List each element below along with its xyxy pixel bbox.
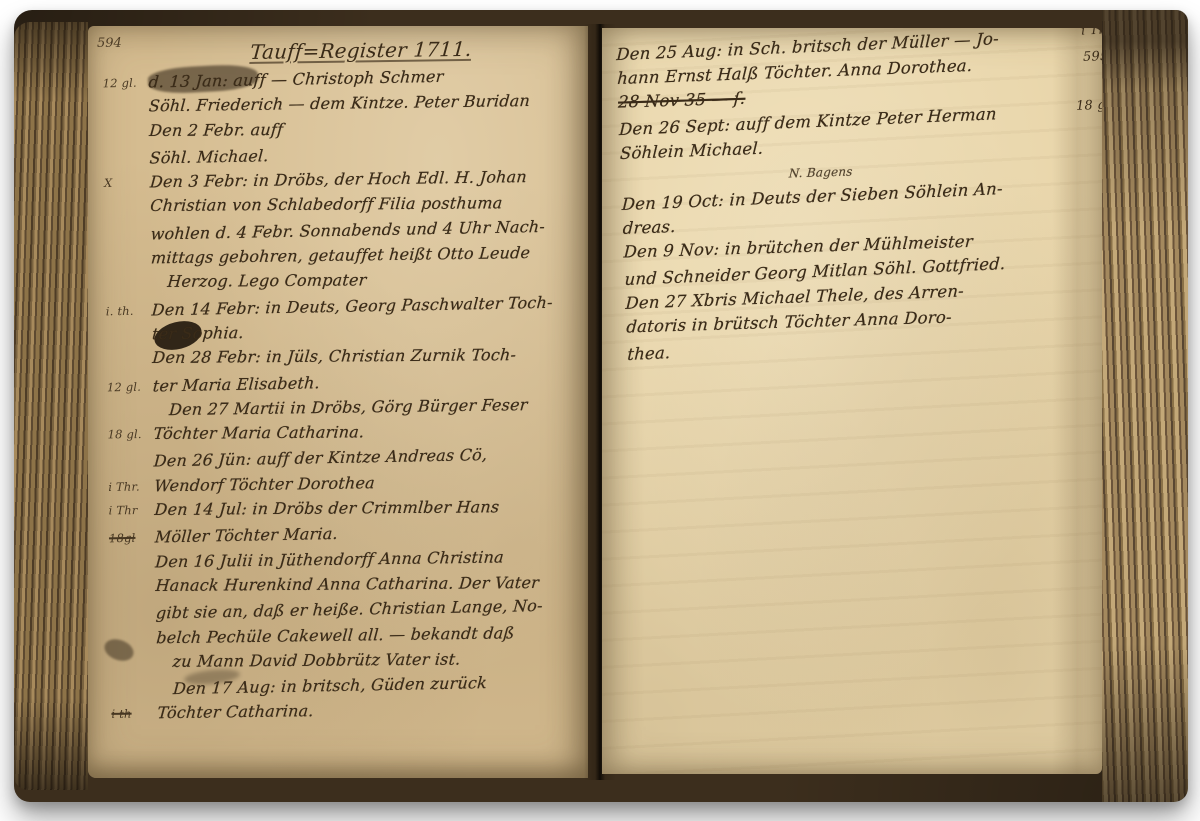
register-line-text: d. 13 Jan: auff — Christoph Schmer <box>148 67 444 92</box>
right-page-lines: Den 25 Aug: in Sch. britsch der Müller —… <box>616 28 1066 369</box>
photo-background: 594 Tauff=Register 1711. 12 gl.d. 13 Jan… <box>0 0 1200 821</box>
margin-note: 12 gl. <box>107 379 141 394</box>
register-line-text: Wendorf Töchter Dorothea <box>154 473 376 495</box>
register-line-text: Töchter Catharina. <box>157 702 315 723</box>
register-line-text: Söhl. Michael. <box>149 146 269 167</box>
left-page-text: Tauff=Register 1711. 12 gl.d. 13 Jan: au… <box>102 31 588 729</box>
register-line-text: Söhlein Michael. <box>620 139 764 163</box>
register-line-text: Herzog. Lego Compater <box>167 271 368 292</box>
register-line-text: Den 2 Febr. auff <box>149 120 284 140</box>
margin-note-right: i Th: <box>1081 28 1102 39</box>
margin-note: 18 gl. <box>108 427 142 441</box>
register-line-text: Christian von Schlabedorff Filia posthum… <box>150 194 504 216</box>
register-line-text: 28 Nov 35 — ſ. <box>618 89 746 112</box>
register-line-text: Den 26 Jün: auff der Kintze Andreas Cö, <box>153 445 488 470</box>
register-line-text: Söhl. Friederich — dem Kintze. Peter Bur… <box>148 91 531 115</box>
register-line-text: dreas. <box>622 217 676 238</box>
book: 594 Tauff=Register 1711. 12 gl.d. 13 Jan… <box>14 10 1188 802</box>
register-line-text: Den 3 Febr: in Dröbs, der Hoch Edl. H. J… <box>149 167 527 191</box>
register-line-text: ter Maria Elisabeth. <box>152 373 320 395</box>
left-page-lines: 12 gl.d. 13 Jan: auff — Christoph Schmer… <box>102 65 588 729</box>
register-line-text: ter Sophia. <box>151 323 244 343</box>
register-line-text: Den 16 Julii in Jüthendorff Anna Christi… <box>155 547 505 571</box>
left-page: 594 Tauff=Register 1711. 12 gl.d. 13 Jan… <box>88 26 588 778</box>
register-line-text: Möller Töchter Maria. <box>154 524 338 547</box>
fore-edge-right <box>1102 10 1188 802</box>
margin-note: i th <box>111 707 131 721</box>
register-line-text: thea. <box>627 343 671 364</box>
margin-note-right: 595. <box>1083 49 1102 65</box>
margin-note: 18gl <box>109 531 136 546</box>
register-line: i thTöchter Catharina. <box>157 698 588 729</box>
margin-note-right: 18 gl. <box>1076 97 1102 114</box>
register-line-text: Den 27 Martii in Dröbs, Görg Bürger Fese… <box>168 395 528 419</box>
register-line-text: Töchter Maria Catharina. <box>153 422 365 443</box>
register-line-text: Den 17 Aug: in britsch, Güden zurück <box>172 673 487 698</box>
register-line-text: mittags gebohren, getauffet heißt Otto L… <box>150 243 531 267</box>
right-page-text: Den 25 Aug: in Sch. britsch der Müller —… <box>616 28 1066 369</box>
register-line-text: zu Mann David Dobbrütz Vater ist. <box>172 649 461 670</box>
margin-note: i. th. <box>106 303 134 318</box>
register-line-text: Den 28 Febr: in Jüls, Christian Zurnik T… <box>152 345 517 367</box>
margin-note: X <box>104 176 113 190</box>
register-line-text: N. Bagens <box>788 164 853 180</box>
register-line-text: belch Pechüle Cakewell all. — bekandt da… <box>156 623 515 647</box>
register-line-text: Hanack Hurenkind Anna Catharina. Der Vat… <box>155 573 540 595</box>
right-page: Den 25 Aug: in Sch. britsch der Müller —… <box>602 28 1102 774</box>
margin-note: i Thr. <box>108 479 140 493</box>
margin-note: 12 gl. <box>102 76 136 91</box>
margin-note: i Thr <box>109 503 138 517</box>
register-title: Tauff=Register 1711. <box>249 35 581 64</box>
register-line-text: Den 14 Jul: in Dröbs der Crimmlber Hans <box>154 497 500 519</box>
fore-edge-left <box>14 22 88 790</box>
